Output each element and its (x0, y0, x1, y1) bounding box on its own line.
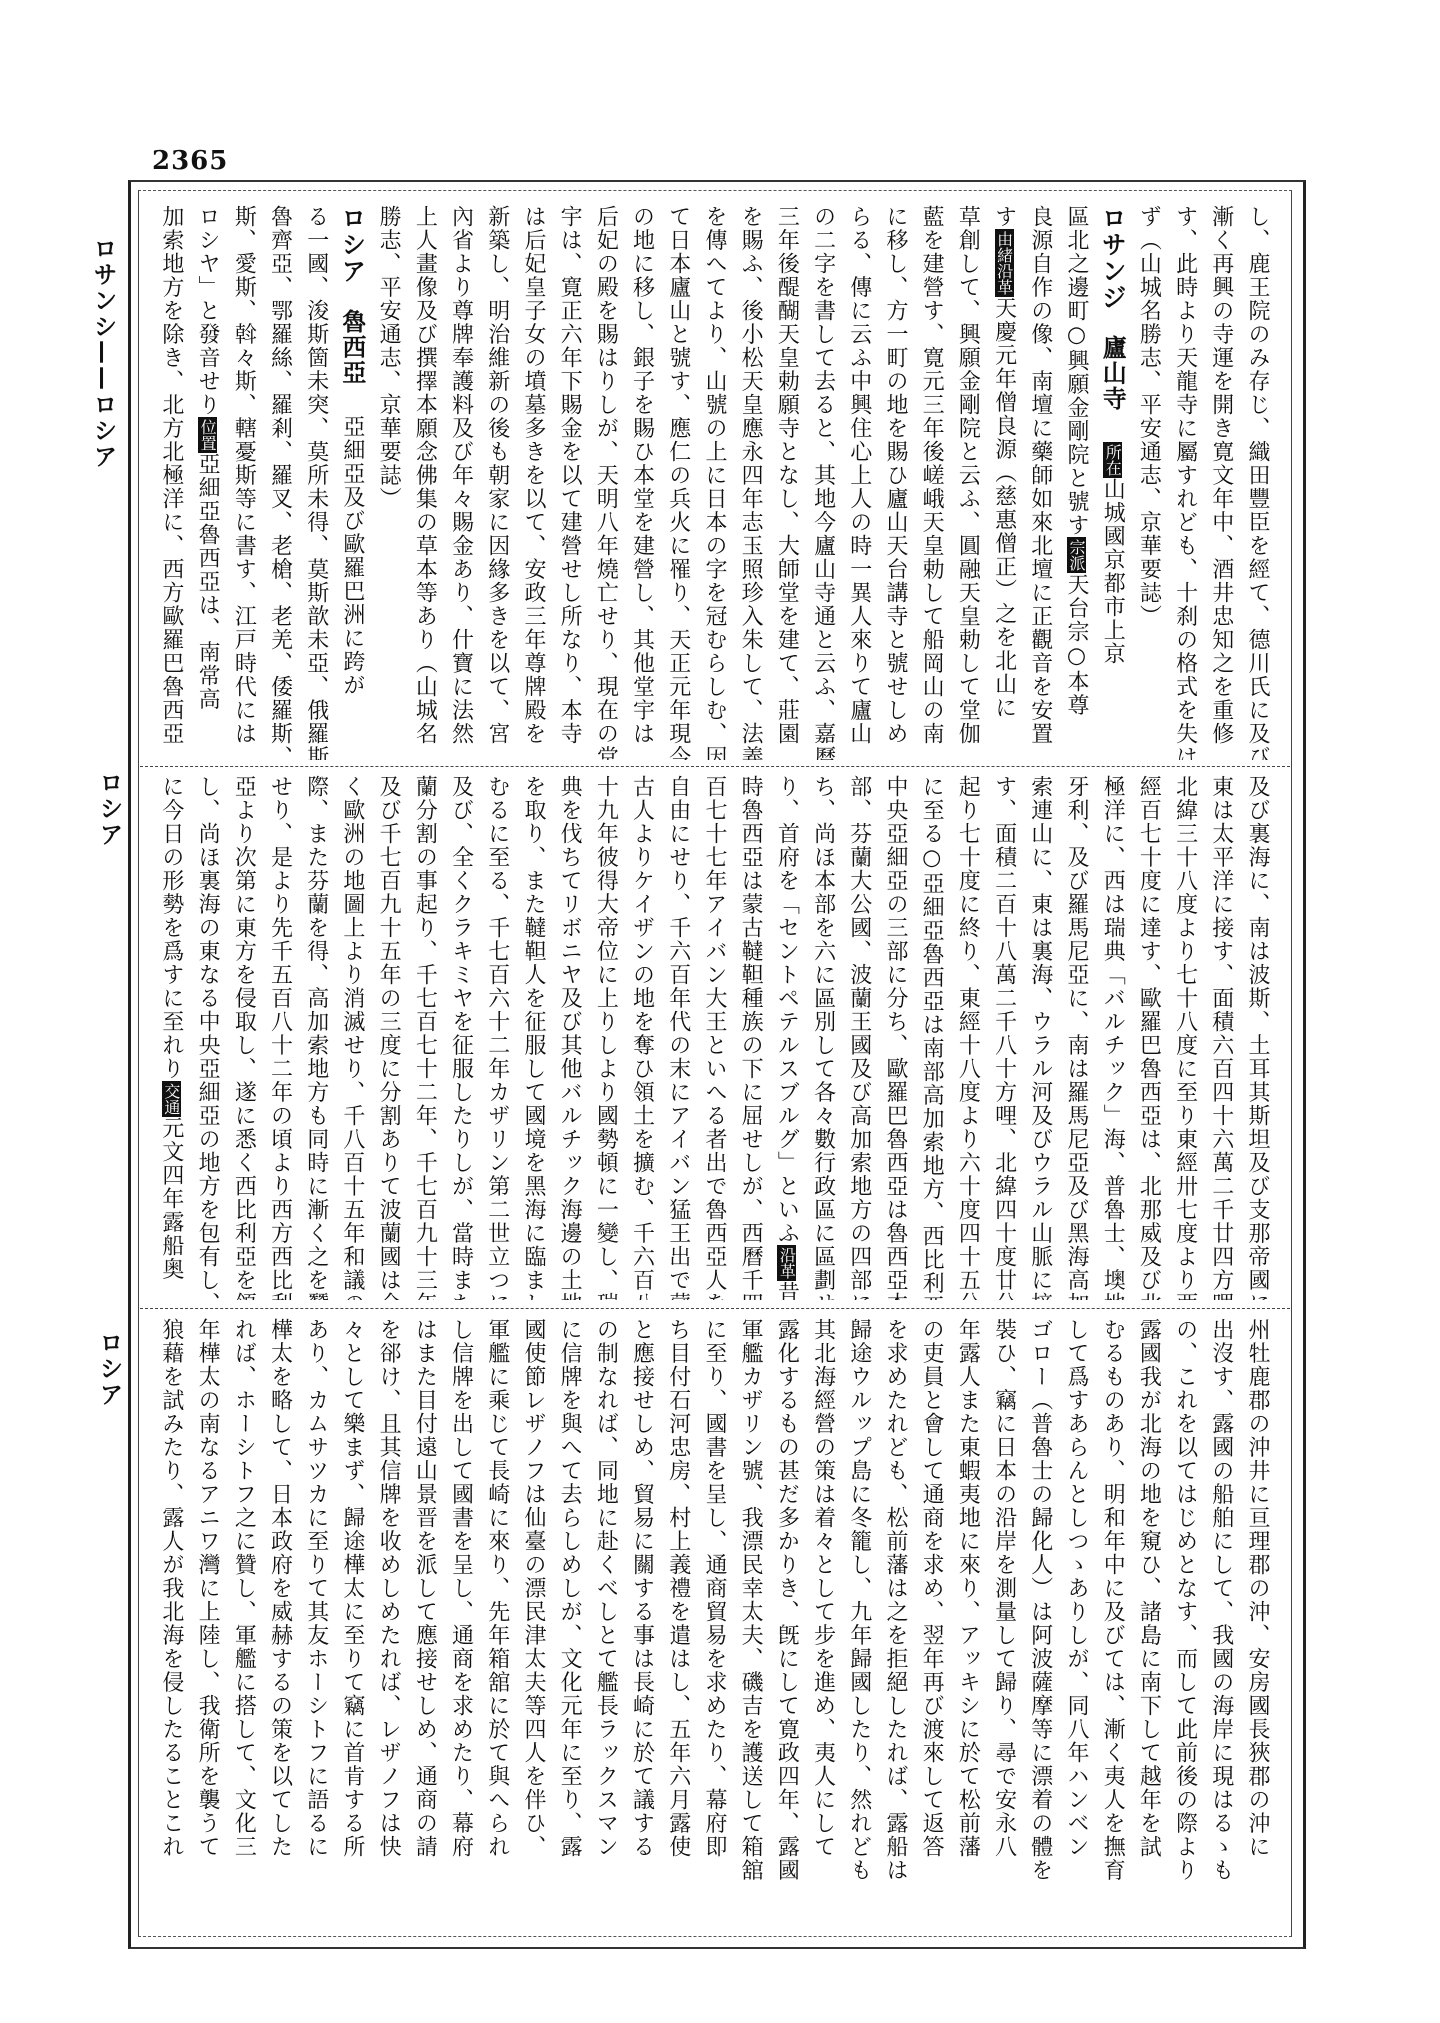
text-column: る一國、浚斯箇未突、莫所未得、莫斯歆未亞、俄羅斯、 (298, 205, 334, 760)
text-column: 草創して、興願金剛院と云ふ、圓融天皇勅して堂伽 (949, 205, 985, 760)
text-column: れば、ホーシトフ之に贊し、軍艦に搭して、文化三 (225, 1318, 261, 1928)
column-text: 狼藉を試みたり、露人が我北海を侵したることこれ (160, 1318, 184, 1859)
column-text: す、面積二百十八萬二千八十方哩、北緯四十度廿分に (992, 775, 1017, 1300)
column-text: の二字を書して去ると、其地今廬山寺通と云ふ、嘉曆 (811, 205, 836, 760)
column-text: ち、尚ほ本部を六に區別して各々數行政區に區劃せ (811, 775, 836, 1300)
column-text: 時魯西亞は蒙古韃靼種族の下に屈せしが、西曆千四 (738, 775, 763, 1300)
text-column: に至る○亞細亞魯西亞は南部高加索地方、西比利亞、 (913, 775, 949, 1300)
text-column: 々として樂まず、歸途樺太に至りて竊に首肯する所 (334, 1318, 370, 1928)
column-text: 中央亞細亞の三部に分ち、歐羅巴魯西亞は魯西亞本 (883, 775, 908, 1300)
column-text: く歐洲の地圖上より消滅せり、千八百十五年和議の (340, 775, 365, 1300)
text-column: 樺太を略して、日本政府を威赫するの策を以てした (261, 1318, 297, 1928)
column-text: 經百七十度に達す、歐羅巴魯西亞は、北那威及び北 (1136, 775, 1161, 1300)
text-column: らる、傳に云ふ中興住心上人の時一異人來りて廬山 (841, 205, 877, 760)
text-column: はまた目付遠山景晋を派して應接せしめ、通商の請 (406, 1318, 442, 1928)
column-text: 東は太平洋に接す、面積六百四十六萬二千廿四方哩、 (1209, 775, 1234, 1300)
text-column: 東は太平洋に接す、面積六百四十六萬二千廿四方哩、 (1203, 775, 1239, 1300)
section-tag: 沿革 (777, 1245, 796, 1281)
text-column: 藍を建營す、寛元三年後嵯峨天皇勅して船岡山の南 (913, 205, 949, 760)
text-column: を賜ふ、後小松天皇應永四年志玉照珍入朱して、法義 (732, 205, 768, 760)
text-column: 年樺太の南なるアニワ灣に上陸し、我衛所を襲うて (189, 1318, 225, 1928)
column-text: ロシヤ」と發音せり (195, 205, 220, 417)
text-column: を傳へてより、山號の上に日本の字を冠むらしむ、因 (696, 205, 732, 760)
column-text: 部、芬蘭大公國、波蘭王國及び高加索地方の四部に分 (847, 775, 872, 1300)
text-column: 軍艦カザリン號、我漂民幸太夫、磯吉を護送して箱舘 (732, 1318, 768, 1928)
text-column: し、尚ほ裏海の東なる中央亞細亞の地方を包有し、遂 (189, 775, 225, 1300)
column-text: むるに至る、千七百六十二年カザリン第二世立つに (485, 775, 510, 1300)
text-column: 裝ひ、竊に日本の沿岸を測量して歸り、尋で安永八 (985, 1318, 1021, 1928)
column-text: 歸途ウルップ島に冬籠し、九年歸國したり、然れども (847, 1318, 872, 1882)
column-text: 藍を建營す、寛元三年後嵯峨天皇勅して船岡山の南 (919, 205, 944, 746)
column-text: 軍艦カザリン號、我漂民幸太夫、磯吉を護送して箱舘 (738, 1318, 763, 1882)
column-text: 露化するもの甚だ多かりき、旣にして寛政四年、露國 (774, 1318, 799, 1882)
column-text: 露國我が北海の地を窺ひ、諸島に南下して越年を試 (1136, 1318, 1161, 1859)
text-column: ず（山城名勝志、平安通志、京華要誌） (1130, 205, 1166, 760)
column-text: に至り、國書を呈し、通商貿易を求めたり、幕府即 (702, 1318, 727, 1859)
column-text: 及び千七百九十五年の三度に分割ありて波蘭國は全 (376, 775, 401, 1300)
text-band-top: し、鹿王院のみ存じ、織田豐臣を經て、德川氏に及び、漸く再興の寺運を開き寛文年中、… (160, 205, 1275, 760)
text-column: 際、また芬蘭を得、高加索地方も同時に漸く之を蠶食 (298, 775, 334, 1300)
column-text: り、首府を「セントペテルスブルグ」といふ (774, 775, 799, 1245)
column-text: 三年後醍醐天皇勅願寺となし、大師堂を建て、莊園 (774, 205, 799, 746)
text-column: 部、芬蘭大公國、波蘭王國及び高加索地方の四部に分 (841, 775, 877, 1300)
column-text: ゴロー（普魯士の歸化人）は阿波薩摩等に漂着の體を (1028, 1318, 1053, 1882)
column-text: はまた目付遠山景晋を派して應接せしめ、通商の請 (412, 1318, 437, 1859)
text-column: 極洋に、西は瑞典「バルチック」海、普魯士、墺地利、匈 (1094, 775, 1130, 1300)
column-text: 上人畫像及び撰擇本願念佛集の草本等あり（山城名 (412, 205, 437, 746)
column-text: を傳へてより、山號の上に日本の字を冠むらしむ、因 (702, 205, 727, 760)
text-band-bottom: 州牡鹿郡の沖井に亘理郡の沖、安房國長狹郡の沖に出沒す、露國の船舶にして、我國の海… (160, 1318, 1275, 1928)
entry-headword: ロシア (338, 205, 367, 285)
text-column: 索連山に、東は裏海、ウラル河及びウラル山脈に接 (1022, 775, 1058, 1300)
entry-kanji-title: 魯西亞 (338, 309, 367, 386)
text-column: に移し、方一町の地を賜ひ廬山天台講寺と號せしめ (877, 205, 913, 760)
column-text: 內省より尊牌奉護料及び年々賜金あり、什寶に法然 (449, 205, 474, 746)
column-text: 百七十七年アイバン大王といへる者出で魯西亞人を (702, 775, 727, 1300)
text-column: 時魯西亞は蒙古韃靼種族の下に屈せしが、西曆千四 (732, 775, 768, 1300)
column-text: 裝ひ、竊に日本の沿岸を測量して歸り、尋で安永八 (992, 1318, 1017, 1859)
column-text: せり、是より先千五百八十二年の頃より西方西比利 (268, 775, 293, 1300)
text-column: 三年後醍醐天皇勅願寺となし、大師堂を建て、莊園 (768, 205, 804, 760)
text-column: ち目付石河忠房、村上義禮を遣はし、五年六月露使 (660, 1318, 696, 1928)
text-column: に信牌を與へて去らしめしが、文化元年に至り、露 (551, 1318, 587, 1928)
text-column: 宇は、寛正六年下賜金を以て建營せし所なり、本寺 (551, 205, 587, 760)
column-text: の地に移し、銀子を賜ひ本堂を建營し、其他堂宇は (630, 205, 655, 746)
entry-column: ロシア魯西亞亞細亞及び歐羅巴洲に跨が (334, 205, 370, 760)
text-column: 典を伐ちてリボニヤ及び其他バルチック海邊の土地 (551, 775, 587, 1300)
column-text: を取り、また韃靼人を征服して國境を黑海に臨まし (521, 775, 546, 1300)
column-text: 加索地方を除き、北方北極洋に、西方歐羅巴魯西亞 (160, 205, 184, 746)
text-column: 軍艦に乘じて長崎に來り、先年箱舘に於て與へられ (479, 1318, 515, 1928)
text-column: 及び、全くクラキミヤを征服したりしが、當時また波 (442, 775, 478, 1300)
text-column: 魯齊亞、鄂羅絲、羅剎、羅叉、老槍、老羌、倭羅斯、倭洛 (261, 205, 297, 760)
column-text: に今日の形勢を爲すに至れり (160, 775, 184, 1081)
column-text: して爲すあらんとしつゝありしが、同八年ハンベン (1064, 1318, 1089, 1859)
text-column: 加索地方を除き、北方北極洋に、西方歐羅巴魯西亞 (160, 205, 189, 760)
column-text: る一國、浚斯箇未突、莫所未得、莫斯歆未亞、俄羅斯、 (304, 205, 329, 760)
text-column: 年露人また東蝦夷地に來り、アッキシに於て松前藩 (949, 1318, 985, 1928)
text-column: り、首府を「セントペテルスブルグ」といふ沿革昔 (768, 775, 804, 1300)
section-tag: 交通 (162, 1081, 181, 1117)
text-column: 露國我が北海の地を窺ひ、諸島に南下して越年を試 (1130, 1318, 1166, 1928)
column-text: むるものあり、明和年中に及びては、漸く夷人を撫育 (1100, 1318, 1125, 1882)
section-tag: 由緒沿革 (995, 229, 1014, 297)
text-column: す由緒沿革天慶元年僧良源（慈惠僧正）之を北山に (985, 205, 1021, 760)
column-text-after-tag: 元文四年露船奥 (160, 1117, 184, 1282)
section-tag: 位置 (198, 417, 217, 453)
column-text: 十九年彼得大帝位に上りしより國勢頓に一變し、瑞 (593, 775, 618, 1300)
column-text: 后妃の殿を賜はりしが、天明八年燒亡せり、現在の堂 (593, 205, 618, 760)
column-text: に移し、方一町の地を賜ひ廬山天台講寺と號せしめ (883, 205, 908, 746)
section-label-middle: ロシア (92, 770, 127, 848)
text-column: く歐洲の地圖上より消滅せり、千八百十五年和議の (334, 775, 370, 1300)
text-column: と應接せしめ、貿易に關する事は長崎に於て議する (623, 1318, 659, 1928)
text-column: 牙利、及び羅馬尼亞に、南は羅馬尼亞及び黑海高加 (1058, 775, 1094, 1300)
text-column: を郤け、且其信牌を收めしめたれば、レザノフは快 (370, 1318, 406, 1928)
page-number: 2365 (152, 146, 228, 176)
text-column: を求めたれども、松前藩は之を拒絕したれば、露船は (877, 1318, 913, 1928)
running-header: ロサンシ——ロシア (86, 236, 121, 470)
text-column: の吏員と會して通商を求め、翌年再び渡來して返答 (913, 1318, 949, 1928)
column-text-after-tag: 亞細亞魯西亞は、南常高 (195, 453, 220, 712)
text-column: 國使節レザノフは仙臺の漂民津太夫等四人を伴ひ、 (515, 1318, 551, 1928)
section-tag: 所在 (1103, 442, 1122, 478)
text-column: 斯、愛斯、斡々斯、轄憂斯等に書す、江戸時代には「オ (225, 205, 261, 760)
column-text-after-tag: 天台宗○本尊 (1064, 573, 1089, 717)
column-text: 草創して、興願金剛院と云ふ、圓融天皇勅して堂伽 (955, 205, 980, 746)
column-text: 亞細亞及び歐羅巴洲に跨が (340, 415, 365, 697)
text-column: 中央亞細亞の三部に分ち、歐羅巴魯西亞は魯西亞本 (877, 775, 913, 1300)
column-text: の、これを以てはじめとなす、而して此前後の際より (1173, 1318, 1198, 1882)
column-text: は后妃皇子女の墳墓多きを以て、安政三年尊牌殿を (521, 205, 546, 746)
column-text: 典を伐ちてリボニヤ及び其他バルチック海邊の土地 (557, 775, 582, 1300)
column-text: 蘭分割の事起り、千七百七十二年、千七百九十三年、 (412, 775, 437, 1300)
column-text: し信牌を出して國書を呈し、通商を求めたり、幕府 (449, 1318, 474, 1859)
text-column: 及び千七百九十五年の三度に分割ありて波蘭國は全 (370, 775, 406, 1300)
column-text: ち目付石河忠房、村上義禮を遣はし、五年六月露使 (666, 1318, 691, 1859)
text-column: 自由にせり、千六百年代の末にアイバン猛王出で蒙 (660, 775, 696, 1300)
column-text: 亞より次第に東方を侵取し、遂に悉く西比利亞を領 (231, 775, 256, 1300)
text-column: 蘭分割の事起り、千七百七十二年、千七百九十三年、 (406, 775, 442, 1300)
text-column: て日本廬山と號す、應仁の兵火に罹り、天正元年現今 (660, 205, 696, 760)
column-text: し、尚ほ裏海の東なる中央亞細亞の地方を包有し、遂 (195, 775, 220, 1300)
column-text: 斯、愛斯、斡々斯、轄憂斯等に書す、江戸時代には「オ (231, 205, 256, 760)
column-text: れば、ホーシトフ之に贊し、軍艦に搭して、文化三 (231, 1318, 256, 1859)
entry-kanji-title: 廬山寺 (1098, 335, 1127, 412)
text-column: ロシヤ」と發音せり位置亞細亞魯西亞は、南常高 (189, 205, 225, 760)
text-column: 區北之邊町○興願金剛院と號す宗派天台宗○本尊 (1058, 205, 1094, 760)
column-text: 州牡鹿郡の沖井に亘理郡の沖、安房國長狹郡の沖に (1245, 1318, 1270, 1859)
column-text: 索連山に、東は裏海、ウラル河及びウラル山脈に接 (1028, 775, 1053, 1300)
column-text: 北緯三十八度より七十八度に至り東經卅七度より西 (1173, 775, 1198, 1300)
column-text: の制なれば、同地に赴くべしとて艦長ラックスマン (593, 1318, 618, 1859)
text-column: に今日の形勢を爲すに至れり交通元文四年露船奥 (160, 775, 189, 1300)
column-text: を賜ふ、後小松天皇應永四年志玉照珍入朱して、法義 (738, 205, 763, 760)
text-column: あり、カムサツカに至りて其友ホーシトフに語るに (298, 1318, 334, 1928)
text-column: の二字を書して去ると、其地今廬山寺通と云ふ、嘉曆 (804, 205, 840, 760)
column-text: 軍艦に乘じて長崎に來り、先年箱舘に於て與へられ (485, 1318, 510, 1859)
column-text: 山城國京都市上京 (1100, 478, 1125, 666)
column-text: に至る○亞細亞魯西亞は南部高加索地方、西比利亞、 (919, 775, 944, 1300)
section-tag: 宗派 (1067, 537, 1086, 573)
column-text: 古人よりケイザンの地を奪ひ領土を擴む、千六百八 (630, 775, 655, 1300)
text-column: し信牌を出して國書を呈し、通商を求めたり、幕府 (442, 1318, 478, 1928)
text-column: 十九年彼得大帝位に上りしより國勢頓に一變し、瑞 (587, 775, 623, 1300)
text-column: 州牡鹿郡の沖井に亘理郡の沖、安房國長狹郡の沖に (1239, 1318, 1275, 1928)
column-text: 及び、全くクラキミヤを征服したりしが、當時また波 (449, 775, 474, 1300)
text-band-middle: 及び裏海に、南は波斯、土耳其斯坦及び支那帝國に、東は太平洋に接す、面積六百四十六… (160, 775, 1275, 1300)
column-text: らる、傳に云ふ中興住心上人の時一異人來りて廬山 (847, 205, 872, 746)
column-text: す、此時より天龍寺に屬すれども、十刹の格式を失は (1173, 205, 1198, 760)
column-text: し、鹿王院のみ存じ、織田豐臣を經て、德川氏に及び、 (1245, 205, 1270, 760)
text-column: 歸途ウルップ島に冬籠し、九年歸國したり、然れども (841, 1318, 877, 1928)
column-text: 良源自作の像、南壇に藥師如來北壇に正觀音を安置 (1028, 205, 1053, 746)
column-text: 牙利、及び羅馬尼亞に、南は羅馬尼亞及び黑海高加 (1064, 775, 1089, 1300)
column-text: 起り七十度に終り、東經十八度より六十度四十五分 (955, 775, 980, 1300)
text-column: して爲すあらんとしつゝありしが、同八年ハンベン (1058, 1318, 1094, 1928)
column-text: 魯齊亞、鄂羅絲、羅剎、羅叉、老槍、老羌、倭羅斯、倭洛 (268, 205, 293, 760)
column-text: と應接せしめ、貿易に關する事は長崎に於て議する (630, 1318, 655, 1859)
column-text-after-tag: 昔 (774, 1281, 799, 1300)
column-text: 及び裏海に、南は波斯、土耳其斯坦及び支那帝國に、 (1245, 775, 1270, 1300)
text-column: むるものあり、明和年中に及びては、漸く夷人を撫育 (1094, 1318, 1130, 1928)
text-column: 上人畫像及び撰擇本願念佛集の草本等あり（山城名 (406, 205, 442, 760)
text-column: の制なれば、同地に赴くべしとて艦長ラックスマン (587, 1318, 623, 1928)
column-text: 年樺太の南なるアニワ灣に上陸し、我衛所を襲うて (195, 1318, 220, 1859)
text-column: 后妃の殿を賜はりしが、天明八年燒亡せり、現在の堂 (587, 205, 623, 760)
text-column: ゴロー（普魯士の歸化人）は阿波薩摩等に漂着の體を (1022, 1318, 1058, 1928)
text-column: 百七十七年アイバン大王といへる者出で魯西亞人を (696, 775, 732, 1300)
text-column: 新築し、明治維新の後も朝家に因緣多きを以て、宮 (479, 205, 515, 760)
column-text: 漸く再興の寺運を開き寛文年中、酒井忠知之を重修 (1209, 205, 1234, 746)
text-column: を取り、また韃靼人を征服して國境を黑海に臨まし (515, 775, 551, 1300)
column-text-after-tag: 天慶元年僧良源（慈惠僧正）之を北山に (992, 297, 1017, 720)
text-column: す、面積二百十八萬二千八十方哩、北緯四十度廿分に (985, 775, 1021, 1300)
column-text: 新築し、明治維新の後も朝家に因緣多きを以て、宮 (485, 205, 510, 746)
column-text: 自由にせり、千六百年代の末にアイバン猛王出で蒙 (666, 775, 691, 1300)
text-column: の地に移し、銀子を賜ひ本堂を建營し、其他堂宇は (623, 205, 659, 760)
text-column: 勝志、平安通志、京華要誌） (370, 205, 406, 760)
text-column: 出沒す、露國の船舶にして、我國の海岸に現はるゝも (1203, 1318, 1239, 1928)
text-column: の、これを以てはじめとなす、而して此前後の際より (1166, 1318, 1202, 1928)
text-column: 及び裏海に、南は波斯、土耳其斯坦及び支那帝國に、 (1239, 775, 1275, 1300)
text-column: に至り、國書を呈し、通商貿易を求めたり、幕府即 (696, 1318, 732, 1928)
text-column: むるに至る、千七百六十二年カザリン第二世立つに (479, 775, 515, 1300)
text-column: し、鹿王院のみ存じ、織田豐臣を經て、德川氏に及び、 (1239, 205, 1275, 760)
column-text: 際、また芬蘭を得、高加索地方も同時に漸く之を蠶食 (304, 775, 329, 1300)
column-text: に信牌を與へて去らしめしが、文化元年に至り、露 (557, 1318, 582, 1859)
text-column: せり、是より先千五百八十二年の頃より西方西比利 (261, 775, 297, 1300)
column-text: 勝志、平安通志、京華要誌） (376, 205, 401, 511)
text-column: 露化するもの甚だ多かりき、旣にして寛政四年、露國 (768, 1318, 804, 1928)
entry-column: ロサンジ廬山寺所在山城國京都市上京 (1094, 205, 1130, 760)
column-text: 其北海經營の策は着々として步を進め、夷人にして (811, 1318, 836, 1859)
entry-headword: ロサンジ (1098, 205, 1127, 311)
column-text: 國使節レザノフは仙臺の漂民津太夫等四人を伴ひ、 (521, 1318, 546, 1859)
column-text: 極洋に、西は瑞典「バルチック」海、普魯士、墺地利、匈 (1100, 775, 1125, 1300)
column-text: て日本廬山と號す、應仁の兵火に罹り、天正元年現今 (666, 205, 691, 760)
text-column: す、此時より天龍寺に屬すれども、十刹の格式を失は (1166, 205, 1202, 760)
section-label-bottom: ロシア (92, 1330, 127, 1408)
text-column: は后妃皇子女の墳墓多きを以て、安政三年尊牌殿を (515, 205, 551, 760)
column-text: を郤け、且其信牌を收めしめたれば、レザノフは快 (376, 1318, 401, 1859)
text-column: 經百七十度に達す、歐羅巴魯西亞は、北那威及び北 (1130, 775, 1166, 1300)
column-text: の吏員と會して通商を求め、翌年再び渡來して返答 (919, 1318, 944, 1859)
column-text: 々として樂まず、歸途樺太に至りて竊に首肯する所 (340, 1318, 365, 1859)
column-text: 年露人また東蝦夷地に來り、アッキシに於て松前藩 (955, 1318, 980, 1859)
text-column: 漸く再興の寺運を開き寛文年中、酒井忠知之を重修 (1203, 205, 1239, 760)
column-text: 出沒す、露國の船舶にして、我國の海岸に現はるゝも (1209, 1318, 1234, 1882)
column-text: ず（山城名勝志、平安通志、京華要誌） (1136, 205, 1161, 628)
text-column: 亞より次第に東方を侵取し、遂に悉く西比利亞を領 (225, 775, 261, 1300)
text-column: 內省より尊牌奉護料及び年々賜金あり、什寶に法然 (442, 205, 478, 760)
band-divider-2 (140, 1308, 1290, 1309)
column-text: を求めたれども、松前藩は之を拒絕したれば、露船は (883, 1318, 908, 1882)
text-column: 古人よりケイザンの地を奪ひ領土を擴む、千六百八 (623, 775, 659, 1300)
text-column: ち、尚ほ本部を六に區別して各々數行政區に區劃せ (804, 775, 840, 1300)
text-column: 其北海經營の策は着々として步を進め、夷人にして (804, 1318, 840, 1928)
text-column: 起り七十度に終り、東經十八度より六十度四十五分 (949, 775, 985, 1300)
column-text: 宇は、寛正六年下賜金を以て建營せし所なり、本寺 (557, 205, 582, 746)
text-column: 狼藉を試みたり、露人が我北海を侵したることこれ (160, 1318, 189, 1928)
column-text: す (992, 205, 1017, 229)
text-column: 北緯三十八度より七十八度に至り東經卅七度より西 (1166, 775, 1202, 1300)
band-divider-1 (140, 766, 1290, 767)
text-column: 良源自作の像、南壇に藥師如來北壇に正觀音を安置 (1022, 205, 1058, 760)
column-text: 區北之邊町○興願金剛院と號す (1064, 205, 1089, 537)
column-text: 樺太を略して、日本政府を威赫するの策を以てした (268, 1318, 293, 1859)
column-text: あり、カムサツカに至りて其友ホーシトフに語るに (304, 1318, 329, 1859)
